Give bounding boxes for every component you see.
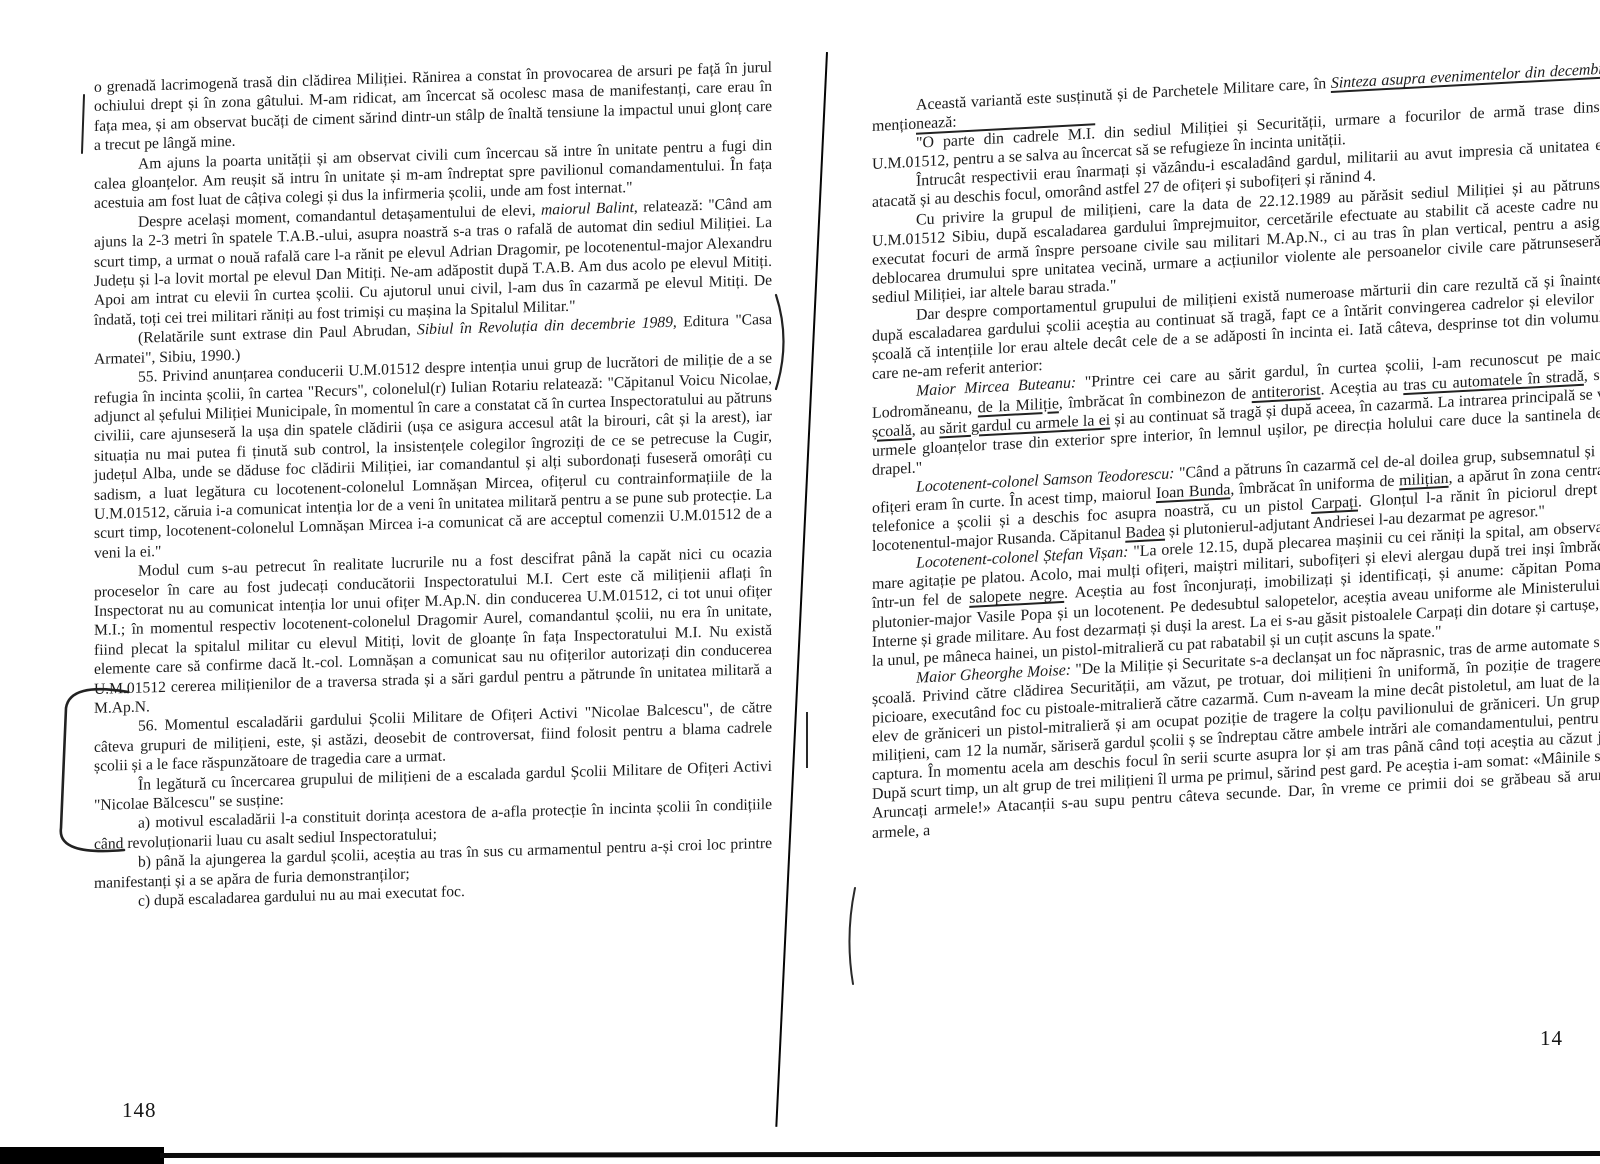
text-segment: școală — [872, 422, 912, 441]
scanned-book-spread: o grenadă lacrimogenă trasă din clădirea… — [0, 0, 1600, 1164]
text-segment: Această variantă este susținută și de Pa… — [916, 75, 1331, 114]
pen-paren-gutter — [772, 293, 794, 393]
scan-bottom-edge-bar-thin — [160, 1151, 1600, 1158]
text-segment: Ioan Bunda — [1156, 481, 1230, 502]
text-segment: Badea — [1125, 523, 1165, 542]
paragraph: Despre același moment, comandantul detaș… — [94, 194, 772, 331]
right-page-text: Această variantă este susținută și de Pa… — [872, 59, 1600, 843]
text-segment: , au — [912, 420, 940, 438]
text-segment: , spre — [1584, 365, 1600, 384]
text-segment: . Aceștia au — [1321, 377, 1404, 398]
text-segment: maiorul Balint — [541, 199, 634, 219]
text-segment: Modul cum s-au petrecut în realitate luc… — [94, 544, 772, 717]
text-segment: 55. Privind anunțarea conducerii U.M.015… — [94, 350, 772, 562]
pen-square-bracket-left-margin — [52, 680, 136, 864]
pen-square-bracket-path — [61, 689, 128, 851]
text-segment: de la Miliție — [978, 395, 1059, 416]
pen-curve-path — [849, 888, 855, 984]
pen-paren-path — [776, 295, 784, 389]
text-segment: Sinteza asupra evenimentelor din decembr… — [1331, 60, 1600, 92]
book-gutter-shadow-line — [775, 52, 828, 1127]
text-segment: salopete negre — [969, 585, 1064, 607]
left-page-number: 148 — [122, 1098, 157, 1123]
paragraph: Modul cum s-au petrecut în realitate luc… — [94, 543, 772, 718]
pen-curve-right-page-margin — [843, 886, 859, 986]
paragraph: 55. Privind anunțarea conducerii U.M.015… — [94, 349, 772, 563]
text-segment: Carpați — [1311, 494, 1358, 513]
text-segment: milițian — [1399, 470, 1448, 490]
scan-bottom-edge-bar-thick — [0, 1147, 164, 1164]
pen-tick-right-page-margin — [806, 712, 808, 768]
text-segment: antiterorist — [1252, 381, 1321, 402]
pen-vertical-stroke-left-margin — [81, 94, 85, 154]
left-page-text: o grenadă lacrimogenă trasă din clădirea… — [94, 58, 772, 913]
right-page-number: 14 — [1540, 1026, 1563, 1051]
